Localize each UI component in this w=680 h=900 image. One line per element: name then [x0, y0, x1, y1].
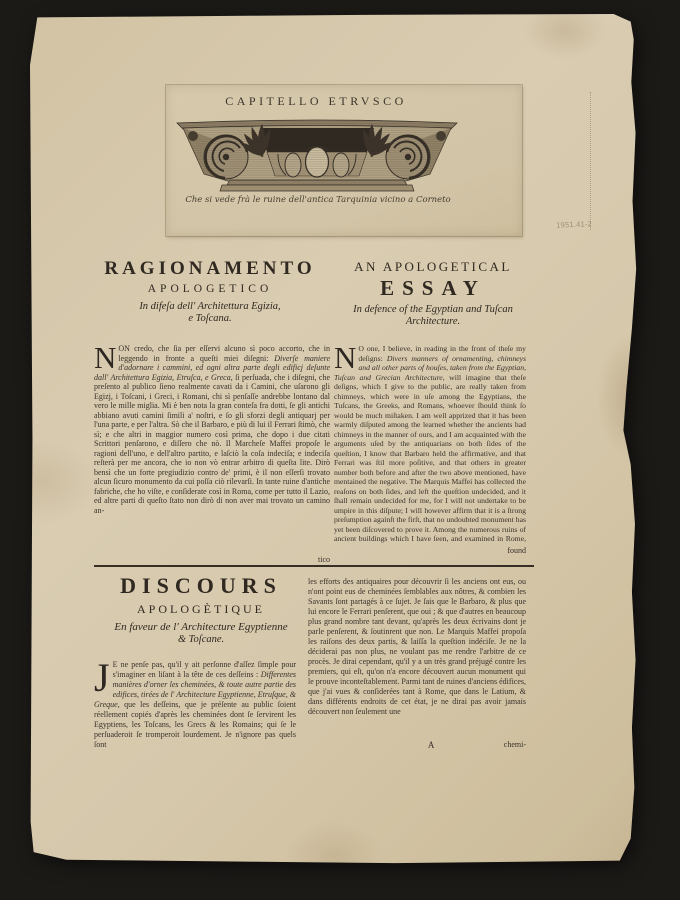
french-left-body-paragraph: JE ne penſe pas, qu'il y ait perſonne d'…	[94, 660, 296, 752]
french-heading: DISCOURS APOLOGÈTIQUE En faveur de l' Ar…	[92, 574, 310, 646]
engraving-slip: CAPITELLO ETRVSCO	[166, 85, 522, 236]
english-subtitle-line2: Architecture.	[330, 316, 536, 328]
english-drop-cap: N	[334, 344, 358, 370]
paper-chain-line	[590, 92, 591, 230]
english-title-line1: AN APOLOGETICAL	[330, 260, 536, 274]
french-subtitle-line2: & Toſcane.	[92, 634, 310, 646]
italian-drop-cap: N	[94, 344, 118, 370]
italian-catchword: tico	[94, 555, 330, 564]
italian-subtitle-line2: e Toſcana.	[85, 313, 335, 325]
english-body-text: O one, I believe, in reading in the fron…	[334, 344, 526, 544]
italian-subtitle-caps: APOLOGETICO	[85, 283, 335, 296]
italian-body-text: ON credo, che ſia per eſſervi alcuno sì …	[94, 344, 330, 515]
french-right-body-paragraph: les efforts des antiquaires pour découvr…	[308, 577, 526, 737]
english-heading: AN APOLOGETICAL ESSAY In defence of the …	[330, 260, 536, 328]
italian-heading: RAGIONAMENTO APOLOGETICO In difeſa dell'…	[85, 258, 335, 325]
plate-title: CAPITELLO ETRVSCO	[166, 94, 466, 109]
accession-pencil-note: 1951.41-2	[556, 220, 592, 229]
french-signature-row: A chemi-	[308, 740, 526, 752]
plate-caption: Che si vede frà le ruine dell'antica Tar…	[170, 195, 466, 205]
french-drop-cap: J	[94, 660, 113, 693]
scan-background: CAPITELLO ETRVSCO	[0, 0, 680, 900]
italian-subtitle-line1: In difeſa dell' Architettura Egizia,	[85, 301, 335, 313]
italian-title: RAGIONAMENTO	[85, 258, 335, 279]
french-catchword: chemi-	[504, 740, 526, 749]
english-subtitle-line1: In defence of the Egyptian and Tuſcan	[330, 304, 536, 316]
french-title-line1: DISCOURS	[92, 574, 310, 598]
page-sheet-wrap: CAPITELLO ETRVSCO	[30, 14, 638, 864]
page-sheet: CAPITELLO ETRVSCO	[30, 14, 638, 864]
english-title-line2: ESSAY	[330, 277, 536, 299]
signature-mark: A	[428, 740, 435, 750]
english-body-paragraph: NO one, I believe, in reading in the fro…	[334, 344, 526, 544]
italian-body-paragraph: NON credo, che ſia per eſſervi alcuno sì…	[94, 344, 330, 553]
section-divider-rule	[94, 565, 534, 567]
french-left-body-text: E ne penſe pas, qu'il y ait perſonne d'a…	[94, 660, 296, 749]
english-catchword: found	[334, 546, 526, 555]
etruscan-capital-engraving	[174, 110, 460, 192]
french-title-line2: APOLOGÈTIQUE	[92, 602, 310, 616]
french-subtitle-line1: En faveur de l' Architecture Egyptienne	[92, 621, 310, 634]
